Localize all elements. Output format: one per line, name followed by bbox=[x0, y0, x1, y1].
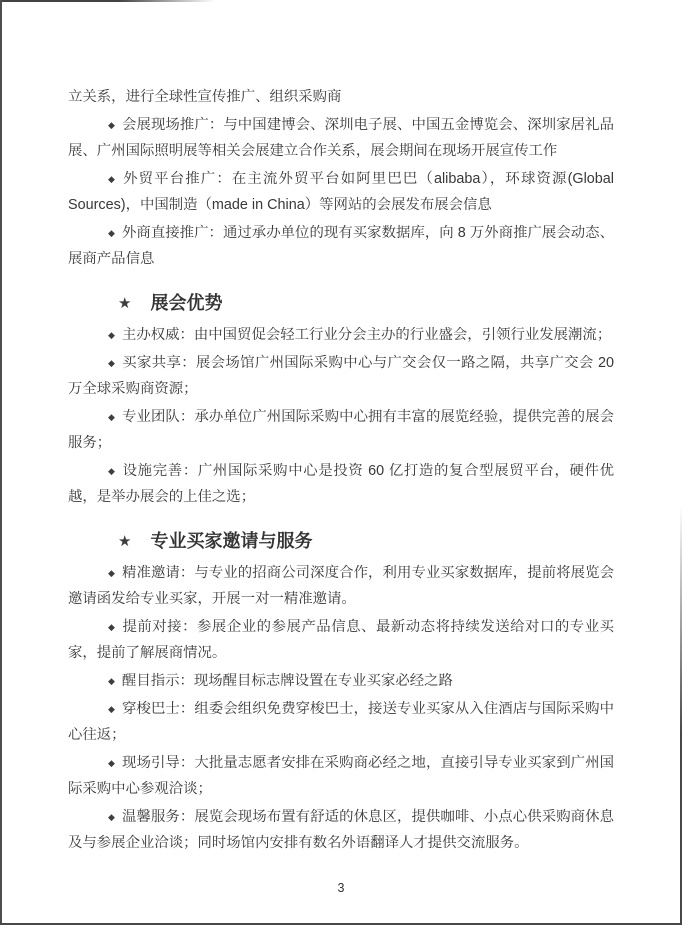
bullet-paragraph: ◆穿梭巴士：组委会组织免费穿梭巴士，接送专业买家从入住酒店与国际采购中心往返； bbox=[68, 696, 614, 748]
diamond-bullet-icon: ◆ bbox=[108, 228, 115, 238]
section-heading: ★专业买家邀请与服务 bbox=[68, 526, 614, 557]
paragraph-text: 立关系，进行全球性宣传推广、组织采购商 bbox=[68, 89, 341, 105]
bullet-paragraph: ◆外商直接推广：通过承办单位的现有买家数据库，向 8 万外商推广展会动态、展商产… bbox=[68, 220, 614, 272]
paragraph-text: 主办权威：由中国贸促会轻工行业分会主办的行业盛会，引领行业发展潮流； bbox=[122, 327, 611, 343]
diamond-bullet-icon: ◆ bbox=[108, 358, 115, 368]
diamond-bullet-icon: ◆ bbox=[108, 412, 115, 422]
diamond-bullet-icon: ◆ bbox=[108, 330, 115, 340]
paragraph-text: 醒目指示：现场醒目标志牌设置在专业买家必经之路 bbox=[122, 673, 453, 689]
diamond-bullet-icon: ◆ bbox=[108, 174, 116, 184]
bullet-paragraph: ◆设施完善：广州国际采购中心是投资 60 亿打造的复合型展贸平台，硬件优越，是举… bbox=[68, 458, 614, 510]
paragraph: 立关系，进行全球性宣传推广、组织采购商 bbox=[68, 84, 614, 110]
bullet-paragraph: ◆醒目指示：现场醒目标志牌设置在专业买家必经之路 bbox=[68, 668, 614, 694]
bullet-paragraph: ◆专业团队：承办单位广州国际采购中心拥有丰富的展览经验，提供完善的展会服务； bbox=[68, 404, 614, 456]
paragraph-text: 外商直接推广：通过承办单位的现有买家数据库，向 8 万外商推广展会动态、展商产品… bbox=[68, 225, 614, 267]
diamond-bullet-icon: ◆ bbox=[108, 758, 115, 768]
diamond-bullet-icon: ◆ bbox=[108, 622, 115, 632]
star-icon: ★ bbox=[118, 295, 131, 312]
document-page: 立关系，进行全球性宣传推广、组织采购商◆会展现场推广：与中国建博会、深圳电子展、… bbox=[0, 0, 682, 929]
paragraph-text: 外贸平台推广：在主流外贸平台如阿里巴巴（alibaba），环球资源(Global… bbox=[68, 171, 614, 213]
section-heading-text: 专业买家邀请与服务 bbox=[150, 531, 312, 551]
paragraph-text: 穿梭巴士：组委会组织免费穿梭巴士，接送专业买家从入住酒店与国际采购中心往返； bbox=[68, 701, 614, 743]
paragraph-text: 现场引导：大批量志愿者安排在采购商必经之地，直接引导专业买家到广州国际采购中心参… bbox=[68, 755, 614, 797]
page-number: 3 bbox=[0, 879, 682, 897]
bullet-paragraph: ◆会展现场推广：与中国建博会、深圳电子展、中国五金博览会、深圳家居礼品展、广州国… bbox=[68, 112, 614, 164]
star-icon: ★ bbox=[118, 533, 131, 550]
diamond-bullet-icon: ◆ bbox=[108, 120, 115, 130]
paragraph-text: 提前对接：参展企业的参展产品信息、最新动态将持续发送给对口的专业买家，提前了解展… bbox=[68, 619, 614, 661]
paragraph-text: 设施完善：广州国际采购中心是投资 60 亿打造的复合型展贸平台，硬件优越，是举办… bbox=[68, 463, 614, 505]
diamond-bullet-icon: ◆ bbox=[108, 812, 115, 822]
paragraph-text: 精准邀请：与专业的招商公司深度合作，利用专业买家数据库，提前将展览会邀请函发给专… bbox=[68, 565, 614, 607]
section-heading-text: 展会优势 bbox=[150, 293, 222, 313]
paragraph-text: 会展现场推广：与中国建博会、深圳电子展、中国五金博览会、深圳家居礼品展、广州国际… bbox=[68, 117, 614, 159]
bullet-paragraph: ◆买家共享：展会场馆广州国际采购中心与广交会仅一路之隔，共享广交会 20 万全球… bbox=[68, 350, 614, 402]
document-body: 立关系，进行全球性宣传推广、组织采购商◆会展现场推广：与中国建博会、深圳电子展、… bbox=[68, 84, 614, 858]
section-heading: ★展会优势 bbox=[68, 288, 614, 319]
diamond-bullet-icon: ◆ bbox=[108, 568, 115, 578]
bullet-paragraph: ◆精准邀请：与专业的招商公司深度合作，利用专业买家数据库，提前将展览会邀请函发给… bbox=[68, 560, 614, 612]
bullet-paragraph: ◆温馨服务：展览会现场布置有舒适的休息区，提供咖啡、小点心供采购商休息及与参展企… bbox=[68, 804, 614, 856]
bullet-paragraph: ◆外贸平台推广：在主流外贸平台如阿里巴巴（alibaba），环球资源(Globa… bbox=[68, 166, 614, 218]
page-edge-top bbox=[0, 0, 215, 2]
paragraph-text: 买家共享：展会场馆广州国际采购中心与广交会仅一路之隔，共享广交会 20 万全球采… bbox=[68, 355, 614, 397]
diamond-bullet-icon: ◆ bbox=[108, 676, 115, 686]
diamond-bullet-icon: ◆ bbox=[108, 704, 115, 714]
bullet-paragraph: ◆提前对接：参展企业的参展产品信息、最新动态将持续发送给对口的专业买家，提前了解… bbox=[68, 614, 614, 666]
bullet-paragraph: ◆主办权威：由中国贸促会轻工行业分会主办的行业盛会，引领行业发展潮流； bbox=[68, 322, 614, 348]
bullet-paragraph: ◆现场引导：大批量志愿者安排在采购商必经之地，直接引导专业买家到广州国际采购中心… bbox=[68, 750, 614, 802]
page-edge-bottom bbox=[0, 923, 682, 925]
paragraph-text: 专业团队：承办单位广州国际采购中心拥有丰富的展览经验，提供完善的展会服务； bbox=[68, 409, 614, 451]
paragraph-text: 温馨服务：展览会现场布置有舒适的休息区，提供咖啡、小点心供采购商休息及与参展企业… bbox=[68, 809, 614, 851]
page-edge-left bbox=[0, 0, 2, 925]
diamond-bullet-icon: ◆ bbox=[108, 466, 116, 476]
